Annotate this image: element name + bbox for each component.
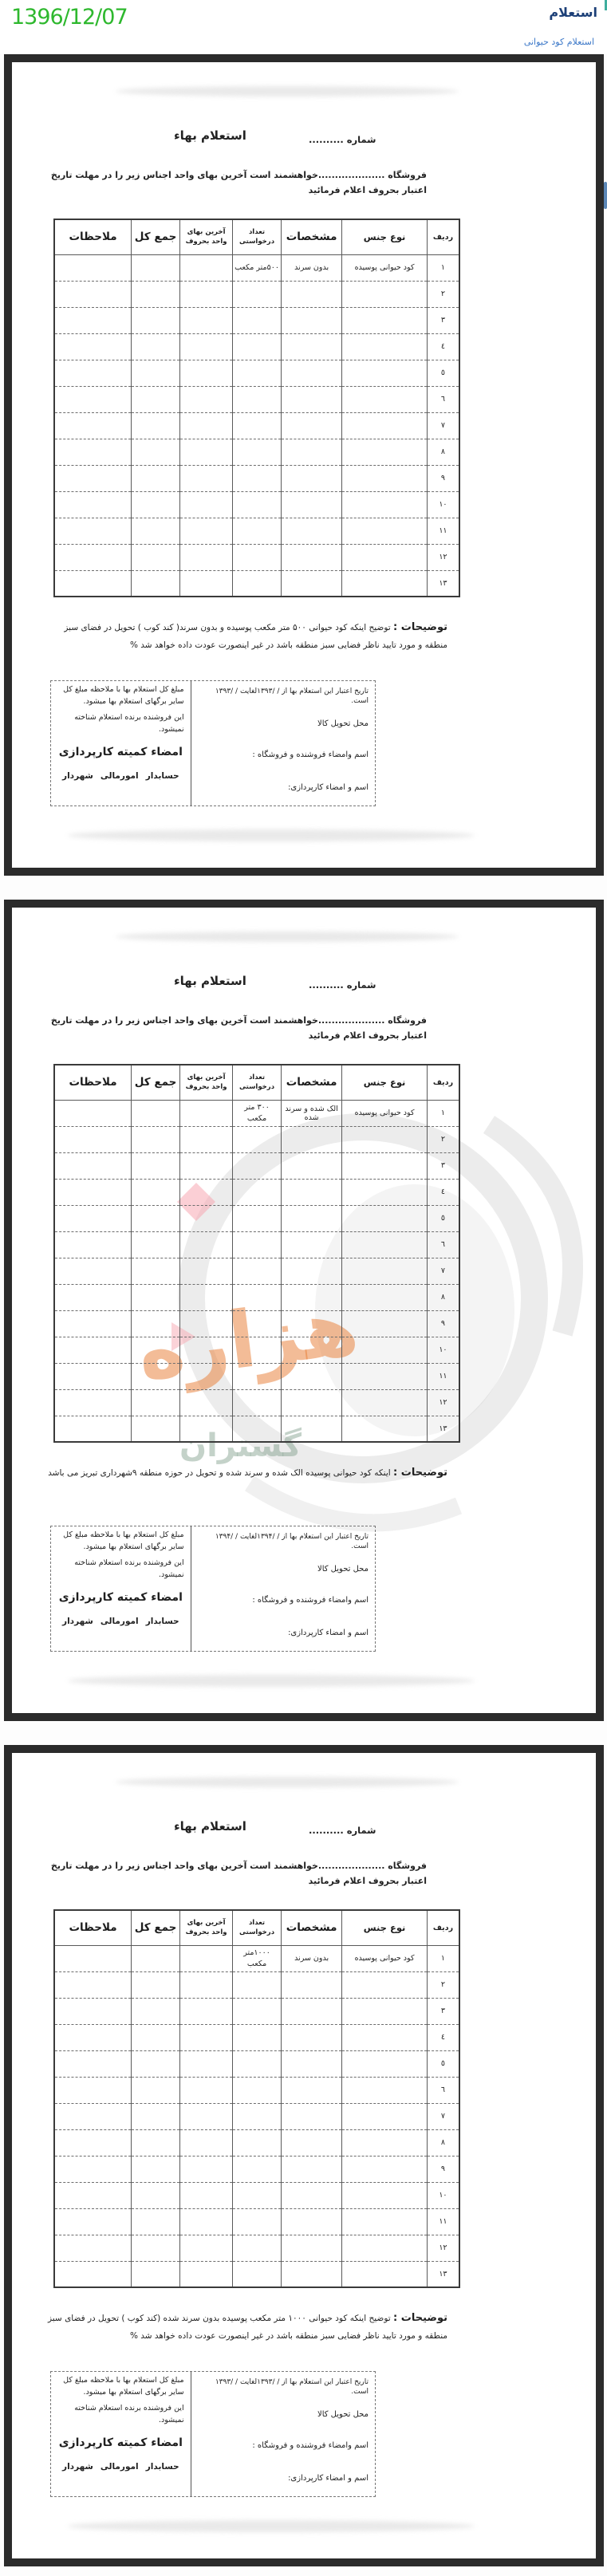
- cell-remarks: [54, 2235, 132, 2261]
- validity-line: تاریخ اعتبار این استعلام بها از / /۱۳۹۴ل…: [196, 1531, 369, 1542]
- cell-spec: [282, 1258, 342, 1284]
- cell-spec: [282, 1971, 342, 1998]
- cell-spec: [282, 333, 342, 360]
- cell-spec: [282, 2235, 342, 2261]
- cell-spec: [282, 1416, 342, 1442]
- cell-total: [132, 386, 180, 412]
- table-header-row: ردیف نوع جنس مشخصات تعداد درخواستی آخرین…: [54, 1065, 459, 1100]
- validity-line: تاریخ اعتبار این استعلام بها از / /۱۳۹۳ل…: [196, 686, 369, 697]
- table-row: ۲: [54, 1126, 459, 1152]
- signature-box-left: مبلغ کل استعلام بها با ملاحظه مبلغ کل سا…: [51, 681, 191, 805]
- scanned-document: شماره .......... استعلام بهاء فروشگاه ..…: [4, 54, 604, 876]
- form-number: شماره ..........: [309, 1825, 376, 1836]
- cell-type: [342, 1971, 428, 1998]
- agent-signature-label: اسم و امضاء کارپردازی:: [196, 1629, 369, 1637]
- table-row: ٦: [54, 386, 459, 412]
- cell-type: [342, 333, 428, 360]
- delivery-place-label: محل تحویل کالا: [196, 1565, 369, 1574]
- cell-spec: [282, 1998, 342, 2024]
- notes-section: توضیحات : اینکه کود حیوانی پوسیده الک شد…: [42, 1463, 447, 1483]
- cell-type: [342, 570, 428, 597]
- table-row: ۹: [54, 465, 459, 491]
- cell-total: [132, 2235, 180, 2261]
- cell-qty: [233, 1337, 282, 1363]
- cell-spec: [282, 570, 342, 597]
- col-header-remarks: ملاحظات: [54, 219, 132, 254]
- cell-num: ٦: [427, 2077, 459, 2103]
- cell-spec: [282, 1179, 342, 1205]
- col-header-row: ردیف: [427, 1065, 459, 1100]
- cell-total: [132, 518, 180, 544]
- cell-spec: [282, 491, 342, 518]
- cell-remarks: [54, 2077, 132, 2103]
- notes-label: توضیحات :: [393, 621, 447, 633]
- form-number: شماره ..........: [309, 979, 376, 991]
- cell-unit_price: [180, 254, 233, 281]
- table-row: ۸: [54, 2129, 459, 2156]
- cell-unit_price: [180, 1126, 233, 1152]
- cell-spec: [282, 1205, 342, 1231]
- cell-num: ۲: [427, 1126, 459, 1152]
- scrollbar-thumb[interactable]: [604, 182, 607, 209]
- cell-qty: [233, 2156, 282, 2182]
- cell-qty: [233, 2235, 282, 2261]
- cell-total: [132, 254, 180, 281]
- cell-num: ۸: [427, 2129, 459, 2156]
- cell-qty: [233, 1231, 282, 1258]
- table-row: ۸: [54, 1284, 459, 1310]
- cell-type: [342, 307, 428, 333]
- col-header-spec: مشخصات: [282, 1910, 342, 1945]
- cell-spec: [282, 2182, 342, 2208]
- cell-total: [132, 1945, 180, 1971]
- cell-qty: [233, 1179, 282, 1205]
- cell-total: [132, 1152, 180, 1179]
- cell-qty: [233, 1152, 282, 1179]
- scanned-document: شماره .......... استعلام بهاء فروشگاه ..…: [4, 1745, 604, 2566]
- roles-row: حسابدار امورمالی شهردار: [57, 771, 184, 781]
- cell-unit_price: [180, 1363, 233, 1389]
- cell-spec: [282, 439, 342, 465]
- cell-spec: [282, 307, 342, 333]
- cell-num: ۱۲: [427, 2235, 459, 2261]
- cell-remarks: [54, 412, 132, 439]
- cell-qty: [233, 1284, 282, 1310]
- cell-total: [132, 360, 180, 386]
- cell-spec: [282, 2024, 342, 2050]
- cell-spec: [282, 2208, 342, 2235]
- col-header-qty: تعداد درخواستی: [233, 1910, 282, 1945]
- cell-unit_price: [180, 2156, 233, 2182]
- col-header-spec: مشخصات: [282, 1065, 342, 1100]
- col-header-qty: تعداد درخواستی: [233, 1065, 282, 1100]
- cell-qty: [233, 2208, 282, 2235]
- cell-spec: [282, 2077, 342, 2103]
- document-page: هزاره گستران شماره .......... استعلام به…: [12, 908, 596, 1713]
- cell-total: [132, 491, 180, 518]
- cell-unit_price: [180, 544, 233, 570]
- cell-total: [132, 2156, 180, 2182]
- cell-num: ۱۱: [427, 2208, 459, 2235]
- cell-type: [342, 1205, 428, 1231]
- cell-unit_price: [180, 465, 233, 491]
- cell-total: [132, 412, 180, 439]
- cell-unit_price: [180, 491, 233, 518]
- col-header-unit-price: آخرین بهای واحد بحروف: [180, 1910, 233, 1945]
- cell-remarks: [54, 1337, 132, 1363]
- items-table: ردیف نوع جنس مشخصات تعداد درخواستی آخرین…: [53, 1064, 460, 1443]
- cell-type: [342, 412, 428, 439]
- cell-remarks: [54, 2024, 132, 2050]
- cell-unit_price: [180, 2182, 233, 2208]
- cell-remarks: [54, 465, 132, 491]
- table-row: ۱۰: [54, 1337, 459, 1363]
- cell-total: [132, 544, 180, 570]
- request-line: فروشگاه ....................خواهشمند است…: [42, 1014, 427, 1043]
- total-note: مبلغ کل استعلام بها با ملاحظه مبلغ کل سا…: [57, 684, 184, 707]
- cell-spec: [282, 1126, 342, 1152]
- cell-remarks: [54, 1389, 132, 1416]
- cell-qty: [233, 360, 282, 386]
- cell-unit_price: [180, 2103, 233, 2129]
- cell-type: [342, 1258, 428, 1284]
- cell-total: [132, 281, 180, 307]
- cell-type: [342, 386, 428, 412]
- cell-type: [342, 2050, 428, 2077]
- signature-box-right: تاریخ اعتبار این استعلام بها از / /۱۳۹۳ل…: [191, 681, 375, 805]
- col-header-type: نوع جنس: [342, 219, 428, 254]
- col-header-remarks: ملاحظات: [54, 1910, 132, 1945]
- col-header-total: جمع کل: [132, 1065, 180, 1100]
- signature-box: تاریخ اعتبار این استعلام بها از / /۱۳۹۴ل…: [50, 1526, 376, 1652]
- table-row: ۱۲: [54, 2235, 459, 2261]
- cell-qty: [233, 1971, 282, 1998]
- table-row: ٦: [54, 1231, 459, 1258]
- committee-signature-label: امضاء کمیته کارپردازی: [57, 2436, 184, 2449]
- winner-note: این فروشنده برنده استعلام شناخته نمیشود.: [57, 712, 184, 735]
- cell-qty: [233, 1258, 282, 1284]
- cell-qty: ۱۰۰۰متر مکعب: [233, 1945, 282, 1971]
- cell-num: ۱: [427, 254, 459, 281]
- col-header-unit-price: آخرین بهای واحد بحروف: [180, 219, 233, 254]
- total-note: مبلغ کل استعلام بها با ملاحظه مبلغ کل سا…: [57, 1530, 184, 1553]
- cell-type: [342, 2077, 428, 2103]
- cell-spec: [282, 2103, 342, 2129]
- form-title: استعلام بهاء: [174, 128, 246, 143]
- cell-unit_price: [180, 1310, 233, 1337]
- cell-total: [132, 1100, 180, 1126]
- cell-num: ۹: [427, 2156, 459, 2182]
- scan-smudge: [116, 86, 459, 97]
- cell-spec: [282, 281, 342, 307]
- cell-qty: ۳۰۰ متر مکعب: [233, 1100, 282, 1126]
- cell-type: کود حیوانی پوسیده: [342, 1945, 428, 1971]
- cell-remarks: [54, 254, 132, 281]
- table-header-row: ردیف نوع جنس مشخصات تعداد درخواستی آخرین…: [54, 1910, 459, 1945]
- table-row: ۱۱: [54, 518, 459, 544]
- delivery-place-label: محل تحویل کالا: [196, 719, 369, 728]
- table-row: ۱۳: [54, 2261, 459, 2287]
- cell-unit_price: [180, 1231, 233, 1258]
- col-header-spec: مشخصات: [282, 219, 342, 254]
- cell-spec: [282, 518, 342, 544]
- scan-smudge: [68, 829, 475, 841]
- cell-unit_price: [180, 281, 233, 307]
- table-row: ٤: [54, 2024, 459, 2050]
- cell-qty: [233, 2129, 282, 2156]
- cell-qty: [233, 465, 282, 491]
- cell-qty: [233, 544, 282, 570]
- cell-type: [342, 2024, 428, 2050]
- cell-remarks: [54, 2208, 132, 2235]
- cell-num: ۷: [427, 412, 459, 439]
- cell-qty: [233, 1126, 282, 1152]
- cell-unit_price: [180, 2261, 233, 2287]
- winner-note: این فروشنده برنده استعلام شناخته نمیشود.: [57, 2403, 184, 2426]
- role-mayor: شهردار: [62, 1617, 93, 1626]
- cell-type: [342, 439, 428, 465]
- cell-unit_price: [180, 1205, 233, 1231]
- cell-remarks: [54, 2261, 132, 2287]
- cell-remarks: [54, 1231, 132, 1258]
- cell-type: کود حیوانی پوسیده: [342, 254, 428, 281]
- seller-signature-label: اسم وامضاء فروشنده و فروشگاه :: [196, 2441, 369, 2450]
- role-accountant: حسابدار: [146, 1617, 179, 1626]
- cell-remarks: [54, 1205, 132, 1231]
- cell-unit_price: [180, 1945, 233, 1971]
- cell-remarks: [54, 360, 132, 386]
- cell-type: [342, 544, 428, 570]
- role-accountant: حسابدار: [146, 2462, 179, 2472]
- table-row: ۱۰: [54, 2182, 459, 2208]
- cell-unit_price: [180, 1971, 233, 1998]
- seller-signature-label: اسم وامضاء فروشنده و فروشگاه :: [196, 1596, 369, 1605]
- col-header-row: ردیف: [427, 1910, 459, 1945]
- table-row: ٥: [54, 2050, 459, 2077]
- cell-spec: [282, 1231, 342, 1258]
- cell-total: [132, 1998, 180, 2024]
- post-title-link[interactable]: استعلام کود حیوانی: [524, 37, 594, 47]
- table-row: ٥: [54, 1205, 459, 1231]
- cell-num: ٤: [427, 1179, 459, 1205]
- table-row: ۸: [54, 439, 459, 465]
- agent-signature-label: اسم و امضاء کارپردازی:: [196, 2474, 369, 2483]
- notes-text: توضیح اینکه کود حیوانی ۱۰۰۰ متر مکعب پوس…: [48, 2314, 447, 2341]
- validity-tail: است.: [196, 2388, 369, 2396]
- cell-spec: الک شده و سرند شده: [282, 1100, 342, 1126]
- cell-spec: [282, 386, 342, 412]
- cell-spec: [282, 1284, 342, 1310]
- table-row: ۱۰: [54, 491, 459, 518]
- cell-type: [342, 281, 428, 307]
- signature-box: تاریخ اعتبار این استعلام بها از / /۱۳۹۳ل…: [50, 680, 376, 806]
- table-row: ۲: [54, 1971, 459, 1998]
- cell-spec: [282, 1363, 342, 1389]
- cell-total: [132, 1363, 180, 1389]
- col-header-type: نوع جنس: [342, 1065, 428, 1100]
- table-row: ۳: [54, 1998, 459, 2024]
- cell-type: [342, 1363, 428, 1389]
- cell-total: [132, 1284, 180, 1310]
- table-row: ۱۳: [54, 1416, 459, 1442]
- cell-remarks: [54, 281, 132, 307]
- items-table: ردیف نوع جنس مشخصات تعداد درخواستی آخرین…: [53, 1909, 460, 2288]
- cell-total: [132, 1205, 180, 1231]
- cell-num: ۱: [427, 1945, 459, 1971]
- cell-remarks: [54, 439, 132, 465]
- cell-unit_price: [180, 1416, 233, 1442]
- cell-total: [132, 570, 180, 597]
- cell-unit_price: [180, 518, 233, 544]
- table-row: ٥: [54, 360, 459, 386]
- table-row: ۱کود حیوانی پوسیدهبدون سرند۱۰۰۰متر مکعب: [54, 1945, 459, 1971]
- table-header-row: ردیف نوع جنس مشخصات تعداد درخواستی آخرین…: [54, 219, 459, 254]
- cell-total: [132, 307, 180, 333]
- cell-num: ۱: [427, 1100, 459, 1126]
- cell-remarks: [54, 1126, 132, 1152]
- cell-remarks: [54, 2156, 132, 2182]
- cell-type: [342, 1337, 428, 1363]
- scan-smudge: [116, 932, 459, 942]
- cell-qty: [233, 1205, 282, 1231]
- cell-remarks: [54, 1310, 132, 1337]
- cell-unit_price: [180, 2235, 233, 2261]
- cell-type: [342, 1231, 428, 1258]
- cell-total: [132, 2050, 180, 2077]
- cell-type: [342, 2261, 428, 2287]
- cell-qty: [233, 570, 282, 597]
- cell-qty: [233, 2182, 282, 2208]
- col-header-remarks: ملاحظات: [54, 1065, 132, 1100]
- cell-remarks: [54, 307, 132, 333]
- signature-box-right: تاریخ اعتبار این استعلام بها از / /۱۳۹۴ل…: [191, 1526, 375, 1651]
- cell-num: ۷: [427, 1258, 459, 1284]
- cell-qty: [233, 2050, 282, 2077]
- cell-unit_price: [180, 1258, 233, 1284]
- cell-total: [132, 2024, 180, 2050]
- notes-section: توضیحات : توضیح اینکه کود حیوانی ۵۰۰ متر…: [42, 618, 447, 654]
- notes-label: توضیحات :: [393, 2312, 447, 2324]
- cell-qty: [233, 1363, 282, 1389]
- cell-num: ۱۱: [427, 518, 459, 544]
- cell-num: ٦: [427, 1231, 459, 1258]
- cell-remarks: [54, 1152, 132, 1179]
- cell-qty: [233, 2077, 282, 2103]
- cell-type: [342, 491, 428, 518]
- table-row: ۱کود حیوانی پوسیدهالک شده و سرند شده۳۰۰ …: [54, 1100, 459, 1126]
- cell-spec: [282, 1337, 342, 1363]
- scanned-document: هزاره گستران شماره .......... استعلام به…: [4, 900, 604, 1721]
- cell-spec: [282, 412, 342, 439]
- cell-type: [342, 518, 428, 544]
- cell-remarks: [54, 1100, 132, 1126]
- cell-type: [342, 1284, 428, 1310]
- table-row: ۱کود حیوانی پوسیدهبدون سرند۵۰۰متر مکعب: [54, 254, 459, 281]
- cell-num: ۱۰: [427, 2182, 459, 2208]
- seller-signature-label: اسم وامضاء فروشنده و فروشگاه :: [196, 750, 369, 759]
- table-row: ۲: [54, 281, 459, 307]
- cell-type: [342, 2208, 428, 2235]
- cell-remarks: [54, 1284, 132, 1310]
- cell-qty: [233, 1310, 282, 1337]
- notes-text: اینکه کود حیوانی پوسیده الک شده و سرند ش…: [48, 1468, 391, 1478]
- cell-unit_price: [180, 1284, 233, 1310]
- cell-num: ۱۲: [427, 1389, 459, 1416]
- cell-num: ۹: [427, 465, 459, 491]
- cell-total: [132, 1971, 180, 1998]
- cell-total: [132, 2103, 180, 2129]
- table-row: ۹: [54, 1310, 459, 1337]
- cell-qty: ۵۰۰متر مکعب: [233, 254, 282, 281]
- cell-num: ۱۳: [427, 570, 459, 597]
- table-row: ۷: [54, 1258, 459, 1284]
- cell-remarks: [54, 2050, 132, 2077]
- cell-spec: بدون سرند: [282, 1945, 342, 1971]
- document-page: شماره .......... استعلام بهاء فروشگاه ..…: [12, 1753, 596, 2558]
- cell-remarks: [54, 518, 132, 544]
- cell-unit_price: [180, 2050, 233, 2077]
- cell-remarks: [54, 1258, 132, 1284]
- cell-unit_price: [180, 360, 233, 386]
- cell-total: [132, 2077, 180, 2103]
- cell-total: [132, 1231, 180, 1258]
- table-row: ٤: [54, 1179, 459, 1205]
- cell-remarks: [54, 491, 132, 518]
- cell-num: ۸: [427, 439, 459, 465]
- cell-unit_price: [180, 386, 233, 412]
- documents-list: شماره .......... استعلام بهاء فروشگاه ..…: [0, 54, 607, 2566]
- cell-qty: [233, 1998, 282, 2024]
- cell-total: [132, 439, 180, 465]
- cell-remarks: [54, 1416, 132, 1442]
- cell-remarks: [54, 1945, 132, 1971]
- cell-total: [132, 2261, 180, 2287]
- col-header-total: جمع کل: [132, 1910, 180, 1945]
- watermark-swoosh: [250, 1483, 459, 1522]
- cell-unit_price: [180, 439, 233, 465]
- cell-type: [342, 1998, 428, 2024]
- cell-type: [342, 2156, 428, 2182]
- role-mayor: شهردار: [62, 2462, 93, 2472]
- cell-num: ٥: [427, 360, 459, 386]
- cell-type: [342, 2235, 428, 2261]
- table-row: ۷: [54, 412, 459, 439]
- agent-signature-label: اسم و امضاء کارپردازی:: [196, 783, 369, 792]
- cell-spec: [282, 360, 342, 386]
- cell-num: ۱۳: [427, 1416, 459, 1442]
- col-header-type: نوع جنس: [342, 1910, 428, 1945]
- cell-type: [342, 1179, 428, 1205]
- cell-total: [132, 333, 180, 360]
- table-row: ۳: [54, 1152, 459, 1179]
- table-row: ۱۳: [54, 570, 459, 597]
- notes-section: توضیحات : توضیح اینکه کود حیوانی ۱۰۰۰ مت…: [42, 2309, 447, 2345]
- cell-unit_price: [180, 333, 233, 360]
- delivery-place-label: محل تحویل کالا: [196, 2410, 369, 2419]
- table-row: ٦: [54, 2077, 459, 2103]
- cell-type: [342, 360, 428, 386]
- cell-remarks: [54, 2103, 132, 2129]
- cell-num: ۹: [427, 1310, 459, 1337]
- cell-unit_price: [180, 1337, 233, 1363]
- cell-type: [342, 1126, 428, 1152]
- roles-row: حسابدار امورمالی شهردار: [57, 2462, 184, 2472]
- table-row: ۱۱: [54, 1363, 459, 1389]
- cell-total: [132, 1179, 180, 1205]
- items-table: ردیف نوع جنس مشخصات تعداد درخواستی آخرین…: [53, 219, 460, 597]
- cell-type: [342, 1416, 428, 1442]
- notes-text: توضیح اینکه کود حیوانی ۵۰۰ متر مکعب پوسی…: [64, 623, 447, 650]
